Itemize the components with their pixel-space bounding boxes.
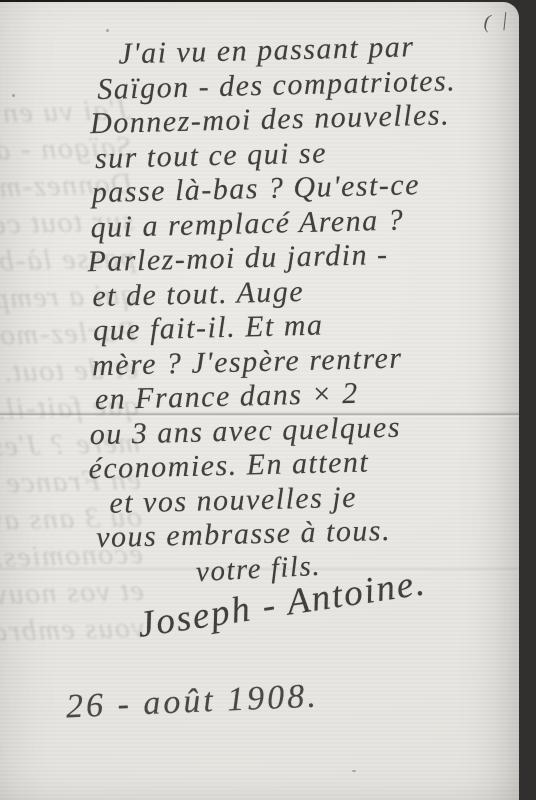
bleedthrough-line: et vos nouvelles je [0, 572, 144, 623]
paper-speck [12, 94, 15, 97]
scanner-background: J'ai vu en passant parSaïgon - des compa… [0, 0, 536, 800]
date-line: 26 - août 1908. [65, 678, 319, 727]
paper-speck [352, 770, 356, 772]
letter-body: J'ai vu en passant parSaïgon - des compa… [0, 28, 534, 558]
bleedthrough-line: vous embrasse à tous. [0, 609, 145, 660]
letter-page: J'ai vu en passant parSaïgon - des compa… [0, 2, 519, 800]
paper-speck [106, 29, 109, 32]
